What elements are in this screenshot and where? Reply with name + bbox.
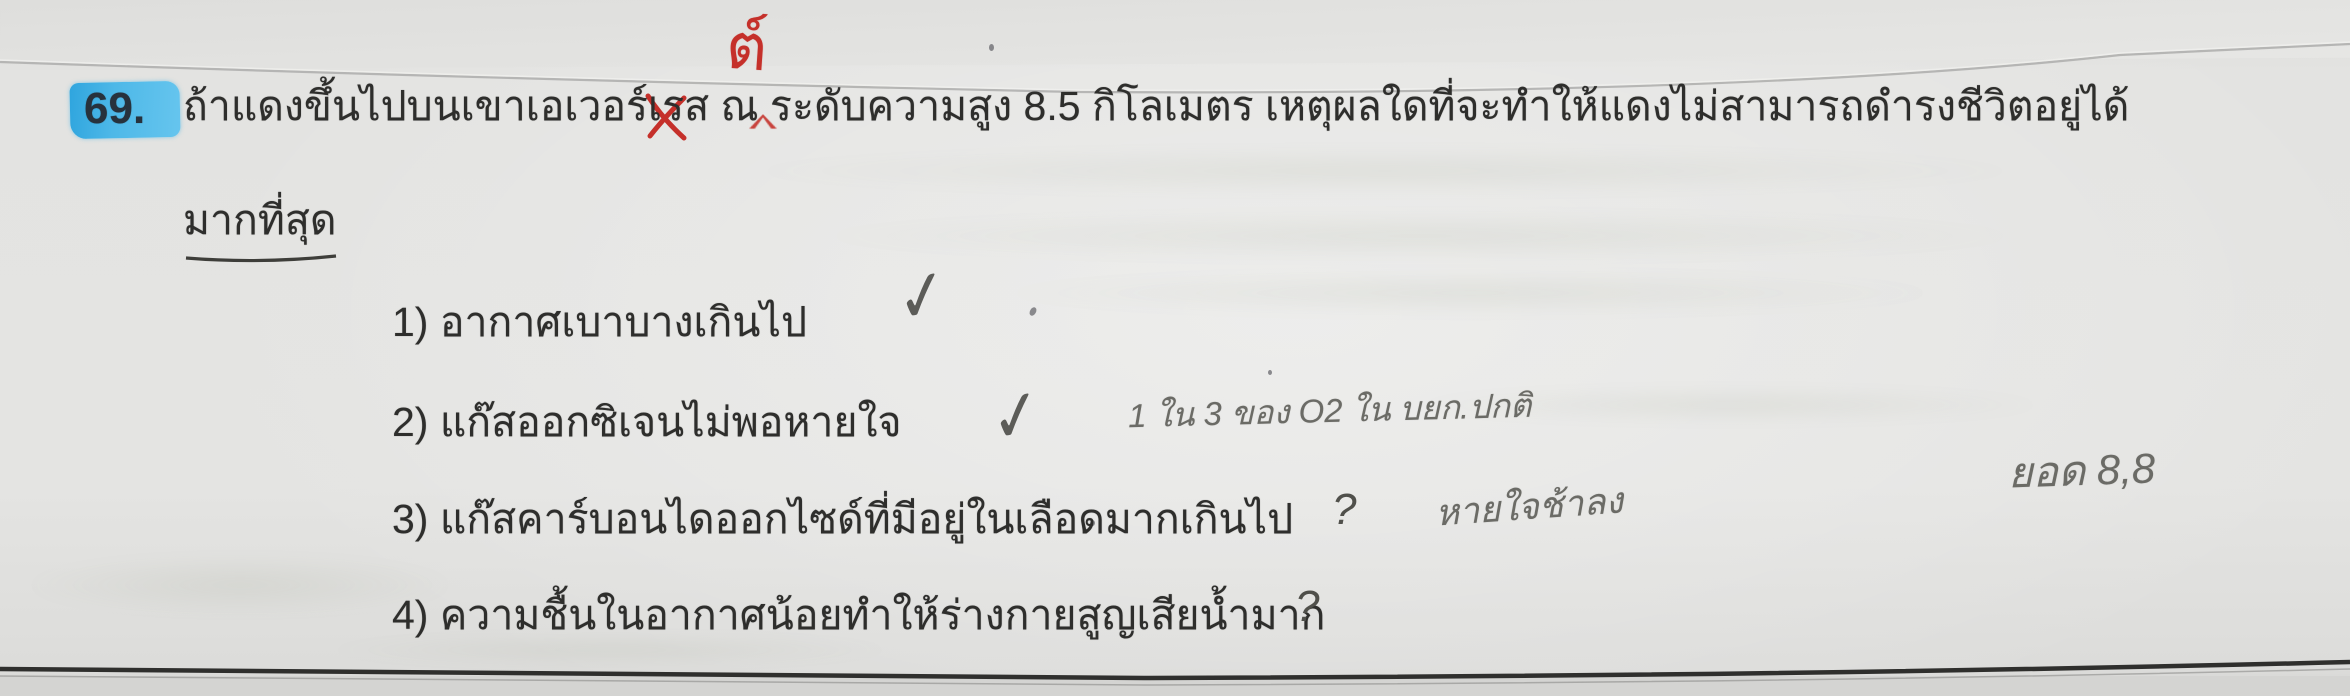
choice-4-question-mark: ? bbox=[1295, 582, 1319, 632]
showthrough-smudge bbox=[1010, 272, 1930, 314]
showthrough-smudge bbox=[760, 148, 2010, 194]
handwritten-note-breathing: หายใจช้าลง bbox=[1433, 472, 1625, 542]
handwritten-note-oxygen: 1 ใน 3 ของ O2 ใน บยก.ปกติ bbox=[1127, 379, 1532, 443]
showthrough-smudge bbox=[830, 212, 2010, 260]
scan-speck bbox=[989, 44, 994, 51]
red-inserted-char: ต์ bbox=[722, 0, 771, 99]
choice-row-1: 1) อากาศเบาบางเกินไป bbox=[392, 290, 807, 355]
question-number: 69. bbox=[84, 84, 145, 134]
choice-1-label: 1) bbox=[392, 299, 428, 345]
choice-2-text: แก๊สออกซิเจนไม่พอหายใจ bbox=[440, 399, 902, 445]
choice-2-checkmark: ✓ bbox=[985, 370, 1047, 461]
showthrough-smudge bbox=[30, 555, 450, 615]
scanned-document-photo: 69. ถ้าแดงขึ้นไปบนเขาเอเวอร์เรส ณ ระดับค… bbox=[0, 0, 2350, 696]
underline-mark bbox=[186, 256, 336, 261]
scan-speck bbox=[1028, 306, 1038, 317]
paper-bottom-sheet bbox=[0, 676, 2350, 696]
question-line-2: มากที่สุด bbox=[183, 188, 337, 253]
choice-row-2: 2) แก๊สออกซิเจนไม่พอหายใจ bbox=[392, 390, 902, 455]
choice-2-label: 2) bbox=[392, 399, 428, 445]
choice-3-text: แก๊สคาร์บอนไดออกไซด์ที่มีอยู่ในเลือดมากเ… bbox=[440, 496, 1293, 542]
choice-row-4: 4) ความชื้นในอากาศน้อยทำให้ร่างกายสูญเสี… bbox=[392, 583, 1325, 648]
choice-4-label: 4) bbox=[392, 592, 428, 638]
handwritten-side-note: ยอด 8,8 bbox=[2007, 435, 2156, 506]
choice-1-text: อากาศเบาบางเกินไป bbox=[440, 299, 807, 345]
choice-3-question-mark: ? bbox=[1332, 485, 1356, 535]
choice-row-3: 3) แก๊สคาร์บอนไดออกไซด์ที่มีอยู่ในเลือดม… bbox=[392, 487, 1293, 552]
paper-top-sheet bbox=[0, 0, 2350, 70]
choice-3-label: 3) bbox=[392, 496, 428, 542]
choice-4-text: ความชื้นในอากาศน้อยทำให้ร่างกายสูญเสียน้… bbox=[440, 592, 1326, 638]
question-line-1: ถ้าแดงขึ้นไปบนเขาเอเวอร์เรส ณ ระดับความส… bbox=[183, 74, 2129, 139]
scan-speck bbox=[1268, 370, 1272, 375]
choice-1-checkmark: ✓ bbox=[891, 250, 953, 341]
